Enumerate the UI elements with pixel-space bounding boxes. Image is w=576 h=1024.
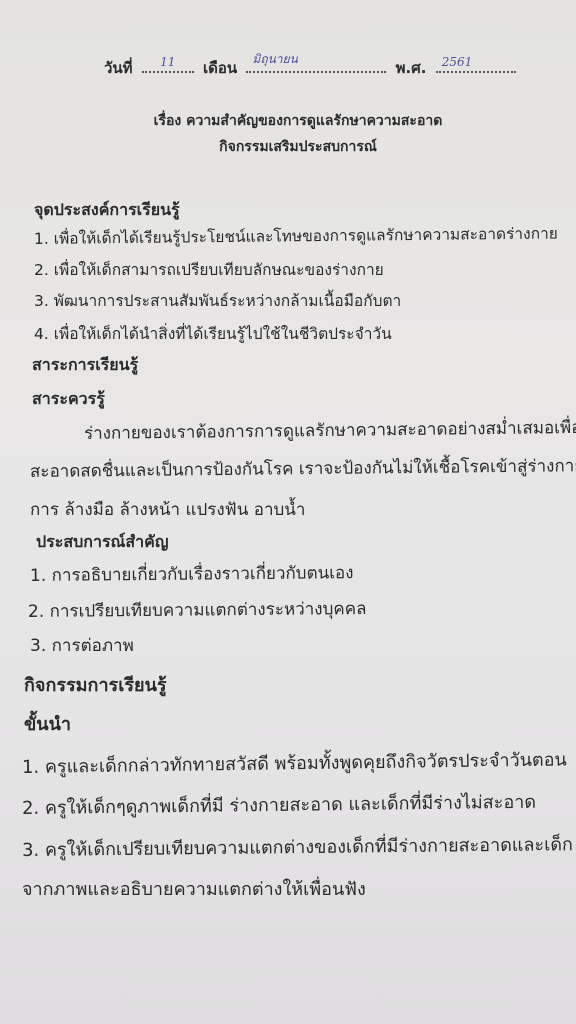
- knowledge-heading: สาระควรรู้: [32, 387, 105, 412]
- objective-item: 4. เพื่อให้เด็กได้นำสิ่งที่ได้เรียนรู้ไป…: [34, 321, 392, 346]
- day-label: วันที่: [104, 59, 133, 77]
- activity-item: 3. ครูให้เด็กเปรียบเทียบความแตกต่างของเด…: [22, 829, 573, 864]
- objective-item: 2. เพื่อให้เด็กสามารถเปรียบเทียบลักษณะขอ…: [34, 257, 384, 282]
- lesson-subject: เรื่อง ความสำคัญของการดูแลรักษาความสะอาด: [0, 110, 576, 132]
- lesson-activity-type: กิจกรรมเสริมประสบการณ์: [0, 136, 576, 158]
- activity-item: 1. ครูและเด็กกล่าวทักทายสวัสดี พร้อมทั้ง…: [22, 744, 567, 781]
- content-paragraph-line: สะอาดสดชื่นและเป็นการป้องกันโรค เราจะป้อ…: [30, 452, 576, 485]
- day-value: 11: [142, 55, 194, 69]
- objectives-heading: จุดประสงค์การเรียนรู้: [34, 198, 180, 223]
- key-experience-item: 3. การต่อภาพ: [30, 632, 134, 659]
- month-value: มิถุนายน: [252, 50, 386, 69]
- date-line: วันที่ 11 เดือน มิถุนายน พ.ศ. 2561: [104, 56, 520, 80]
- content-paragraph-line: การ ล้างมือ ล้างหน้า แปรงฟัน อาบน้ำ: [30, 496, 305, 523]
- activities-heading: กิจกรรมการเรียนรู้: [24, 670, 167, 699]
- content-paragraph-line: ร่างกายของเราต้องการการดูแลรักษาความสะอา…: [84, 414, 576, 447]
- year-field: 2561: [436, 57, 516, 73]
- month-field: มิถุนายน: [246, 57, 386, 73]
- day-field: 11: [142, 57, 194, 73]
- content-heading: สาระการเรียนรู้: [32, 353, 138, 378]
- year-value: 2561: [442, 55, 516, 69]
- key-experience-item: 2. การเปรียบเทียบความแตกต่างระหว่างบุคคล: [28, 595, 367, 625]
- activity-item-continued: จากภาพและอธิบายความแตกต่างให้เพื่อนฟัง: [22, 874, 366, 903]
- document-page: วันที่ 11 เดือน มิถุนายน พ.ศ. 2561 เรื่อ…: [0, 0, 576, 1024]
- key-experience-item: 1. การอธิบายเกี่ยวกับเรื่องราวเกี่ยวกับต…: [30, 559, 354, 589]
- intro-step-heading: ขั้นนำ: [24, 709, 71, 738]
- objective-item: 1. เพื่อให้เด็กได้เรียนรู้ประโยชน์และโทษ…: [34, 221, 558, 251]
- month-label: เดือน: [203, 59, 237, 77]
- key-experiences-heading: ประสบการณ์สำคัญ: [36, 530, 168, 555]
- year-label: พ.ศ.: [396, 59, 427, 77]
- activity-item: 2. ครูให้เด็กๆดูภาพเด็กที่มี ร่างกายสะอา…: [22, 787, 536, 822]
- objective-item: 3. พัฒนาการประสานสัมพันธ์ระหว่างกล้ามเนื…: [34, 288, 401, 313]
